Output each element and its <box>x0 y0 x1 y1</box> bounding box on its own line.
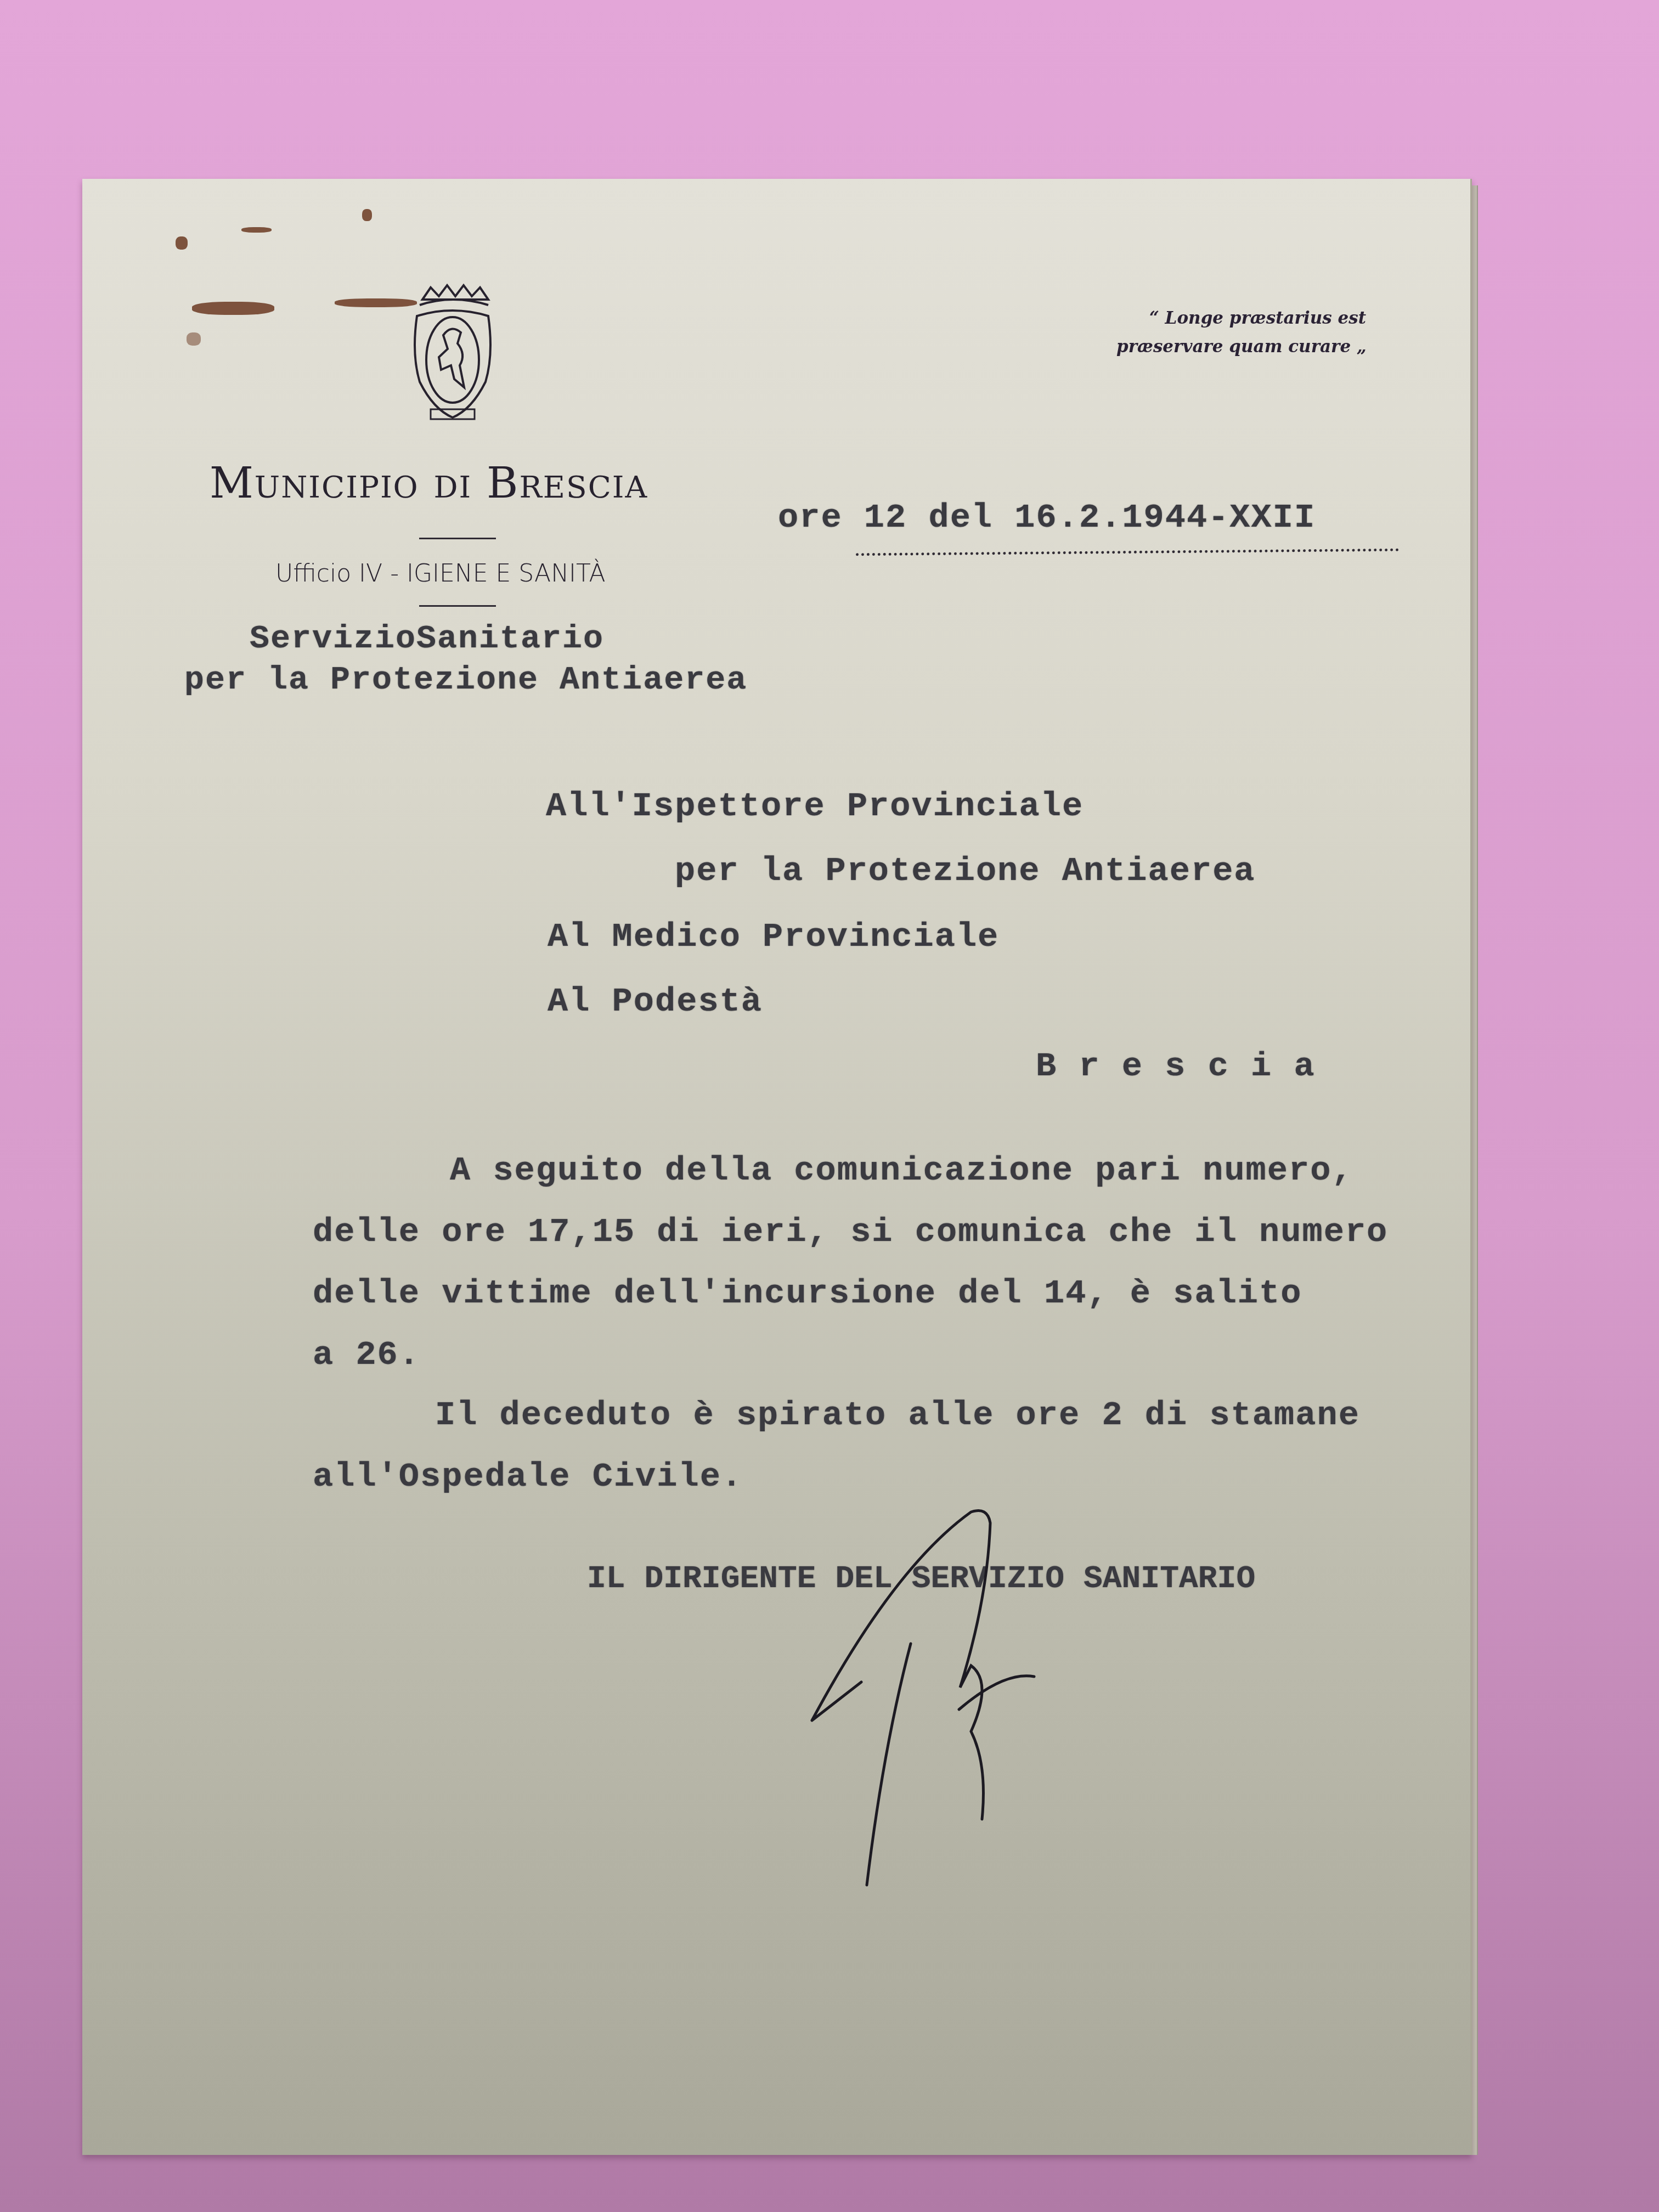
recipient-city: B r e s c i a <box>1036 1047 1316 1086</box>
body-paragraph-1-line-2: delle ore 17,15 di ieri, si comunica che… <box>313 1212 1388 1251</box>
body-paragraph-1-line-3: delle vittime dell'incursione del 14, è … <box>313 1274 1302 1313</box>
recipient-1-cont: per la Protezione Antiaerea <box>675 851 1256 890</box>
body-paragraph-1-line-4: a 26. <box>313 1335 420 1374</box>
rust-stain <box>176 236 188 250</box>
rust-stain <box>241 227 272 233</box>
rust-stain <box>187 332 201 346</box>
motto-line-1: “ Longe præstarius est <box>1149 308 1366 328</box>
divider <box>419 605 496 607</box>
body-paragraph-2-line-1: Il deceduto è spirato alle ore 2 di stam… <box>435 1396 1360 1435</box>
body-paragraph-2-line-2: all'Ospedale Civile. <box>313 1457 743 1496</box>
document-page: “ Longe præstarius est præservare quam c… <box>82 179 1472 2155</box>
sender-service: ServizioSanitario <box>250 620 604 658</box>
dotted-underline <box>856 549 1399 556</box>
body-paragraph-1-line-1: A seguito della comunicazione pari numer… <box>450 1151 1353 1190</box>
rust-stain <box>192 302 274 315</box>
divider <box>419 538 496 539</box>
recipient-2: Al Medico Provinciale <box>548 917 999 956</box>
municipality-name: Municipio di Brescia <box>210 459 648 508</box>
handwritten-signature <box>730 1501 1114 1896</box>
sender-department: per la Protezione Antiaerea <box>184 662 747 699</box>
rust-stain <box>362 209 372 221</box>
motto-line-2: præservare quam curare „ <box>1116 337 1367 357</box>
dateline: ore 12 del 16.2.1944-XXII <box>778 498 1316 537</box>
brescia-crest-icon <box>400 283 505 426</box>
recipient-1: All'Ispettore Provinciale <box>546 787 1084 826</box>
office-name: Ufficio IV - IGIENE E SANITÀ <box>275 560 606 588</box>
recipient-3: Al Podestà <box>548 982 763 1021</box>
